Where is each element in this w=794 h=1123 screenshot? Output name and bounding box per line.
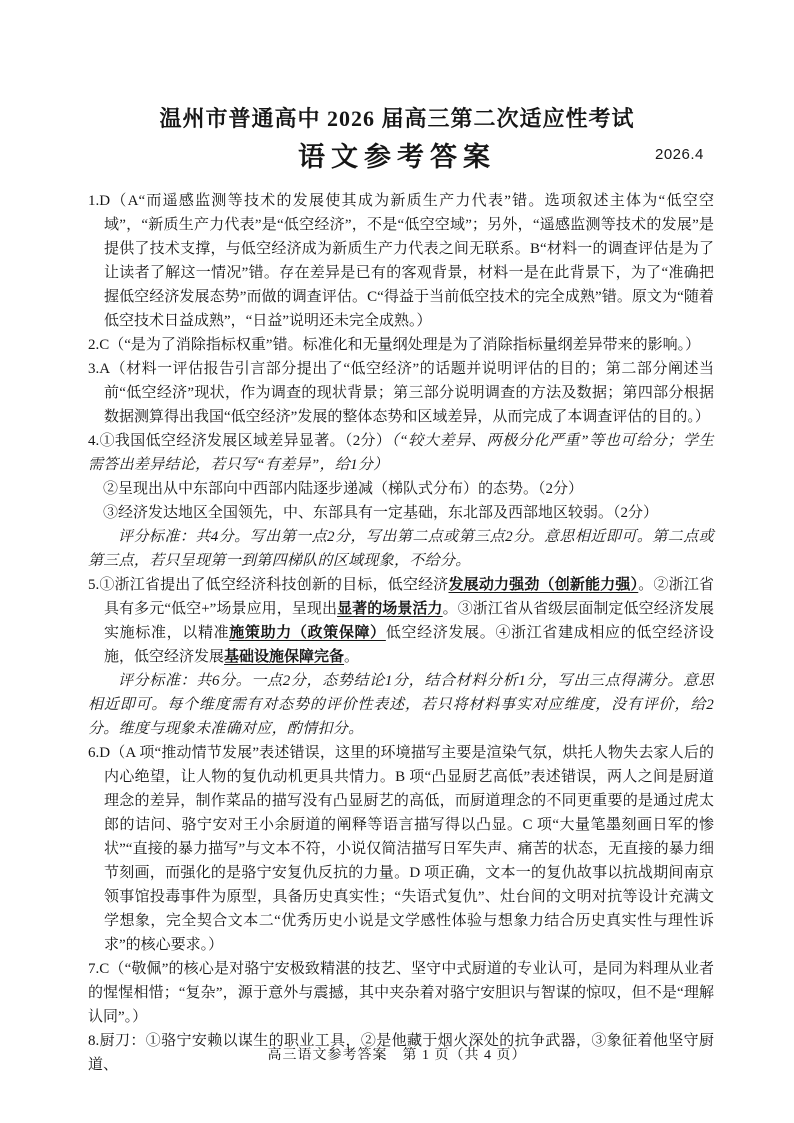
emphasized-answer-text: 施策助力（政策保障） [229,625,386,641]
exam-date: 2026.4 [655,146,704,163]
answer-paragraph: 评分标准：共4分。写出第一点2分，写出第二点或第三点2分。意思相近即可。第二点或… [88,525,714,573]
answer-text: ②呈现出从中东部向中西部内陆逐步递减（梯队式分布）的态势。（2分） [103,481,583,497]
answer-paragraph: ②呈现出从中东部向中西部内陆逐步递减（梯队式分布）的态势。（2分） [88,477,714,501]
answer-paragraph: 4.①我国低空经济发展区域差异显著。（2分）（“较大差异、两极分化严重”等也可给… [88,429,714,477]
answer-text: 5.①浙江省提出了低空经济科技创新的目标，低空经济 [88,577,448,593]
answer-paragraph: 2.C（“是为了消除指标权重”错。标准化和无量纲处理是为了消除指标量纲差异带来的… [88,333,714,357]
emphasized-answer-text: 显著的场景活力 [337,601,443,617]
answer-text: 评分标准：共4分。写出第一点2分，写出第二点或第三点2分。意思相近即可。第二点或… [88,529,714,569]
answer-text: 3.A（材料一评估报告引言部分提出了“低空经济”的话题并说明评估的目的；第二部分… [88,361,714,425]
answer-text: 6.D（A 项“推动情节发展”表述错误，这里的环境描写主要是渲染气氛，烘托人物失… [88,745,714,953]
document-page: 温州市普通高中 2026 届高三第二次适应性考试 语文参考答案 2026.4 1… [0,0,794,1123]
answer-text: 评分标准：共6分。一点2分，态势结论1分，结合材料分析1分，写出三点得满分。意思… [88,673,714,737]
answer-paragraph: 7.C（“敬佩”的核心是对骆宁安极致精湛的技艺、坚守中式厨道的专业认可，是同为料… [88,957,714,1029]
answer-text: 4.①我国低空经济发展区域差异显著。（2分） [88,433,391,449]
emphasized-answer-text: 基础设施保障完备 [224,649,344,665]
answer-body: 1.D（A“而遥感监测等技术的发展使其成为新质生产力代表”错。选项叙述主体为“低… [88,189,714,1077]
answer-text: ③经济发达地区全国领先，中、东部具有一定基础，东北部及西部地区较弱。（2分） [103,505,658,521]
exam-title: 温州市普通高中 2026 届高三第二次适应性考试 [0,102,794,133]
answer-paragraph: ③经济发达地区全国领先，中、东部具有一定基础，东北部及西部地区较弱。（2分） [88,501,714,525]
answer-paragraph: 6.D（A 项“推动情节发展”表述错误，这里的环境描写主要是渲染气氛，烘托人物失… [88,741,714,957]
answer-text: 。 [344,649,359,665]
answer-paragraph: 3.A（材料一评估报告引言部分提出了“低空经济”的话题并说明评估的目的；第二部分… [88,357,714,429]
answer-paragraph: 1.D（A“而遥感监测等技术的发展使其成为新质生产力代表”错。选项叙述主体为“低… [88,189,714,333]
answer-text: 1.D（A“而遥感监测等技术的发展使其成为新质生产力代表”错。选项叙述主体为“低… [88,193,714,329]
emphasized-answer-text: 发展动力强劲（创新能力强） [448,577,638,593]
page-footer: 高三语文参考答案 第 1 页（共 4 页） [0,1044,794,1064]
answer-paragraph: 5.①浙江省提出了低空经济科技创新的目标，低空经济发展动力强劲（创新能力强）。②… [88,573,714,669]
answer-text: 2.C（“是为了消除指标权重”错。标准化和无量纲处理是为了消除指标量纲差异带来的… [88,337,700,353]
answer-text: 7.C（“敬佩”的核心是对骆宁安极致精湛的技艺、坚守中式厨道的专业认可，是同为料… [88,961,714,1025]
answer-paragraph: 评分标准：共6分。一点2分，态势结论1分，结合材料分析1分，写出三点得满分。意思… [88,669,714,741]
